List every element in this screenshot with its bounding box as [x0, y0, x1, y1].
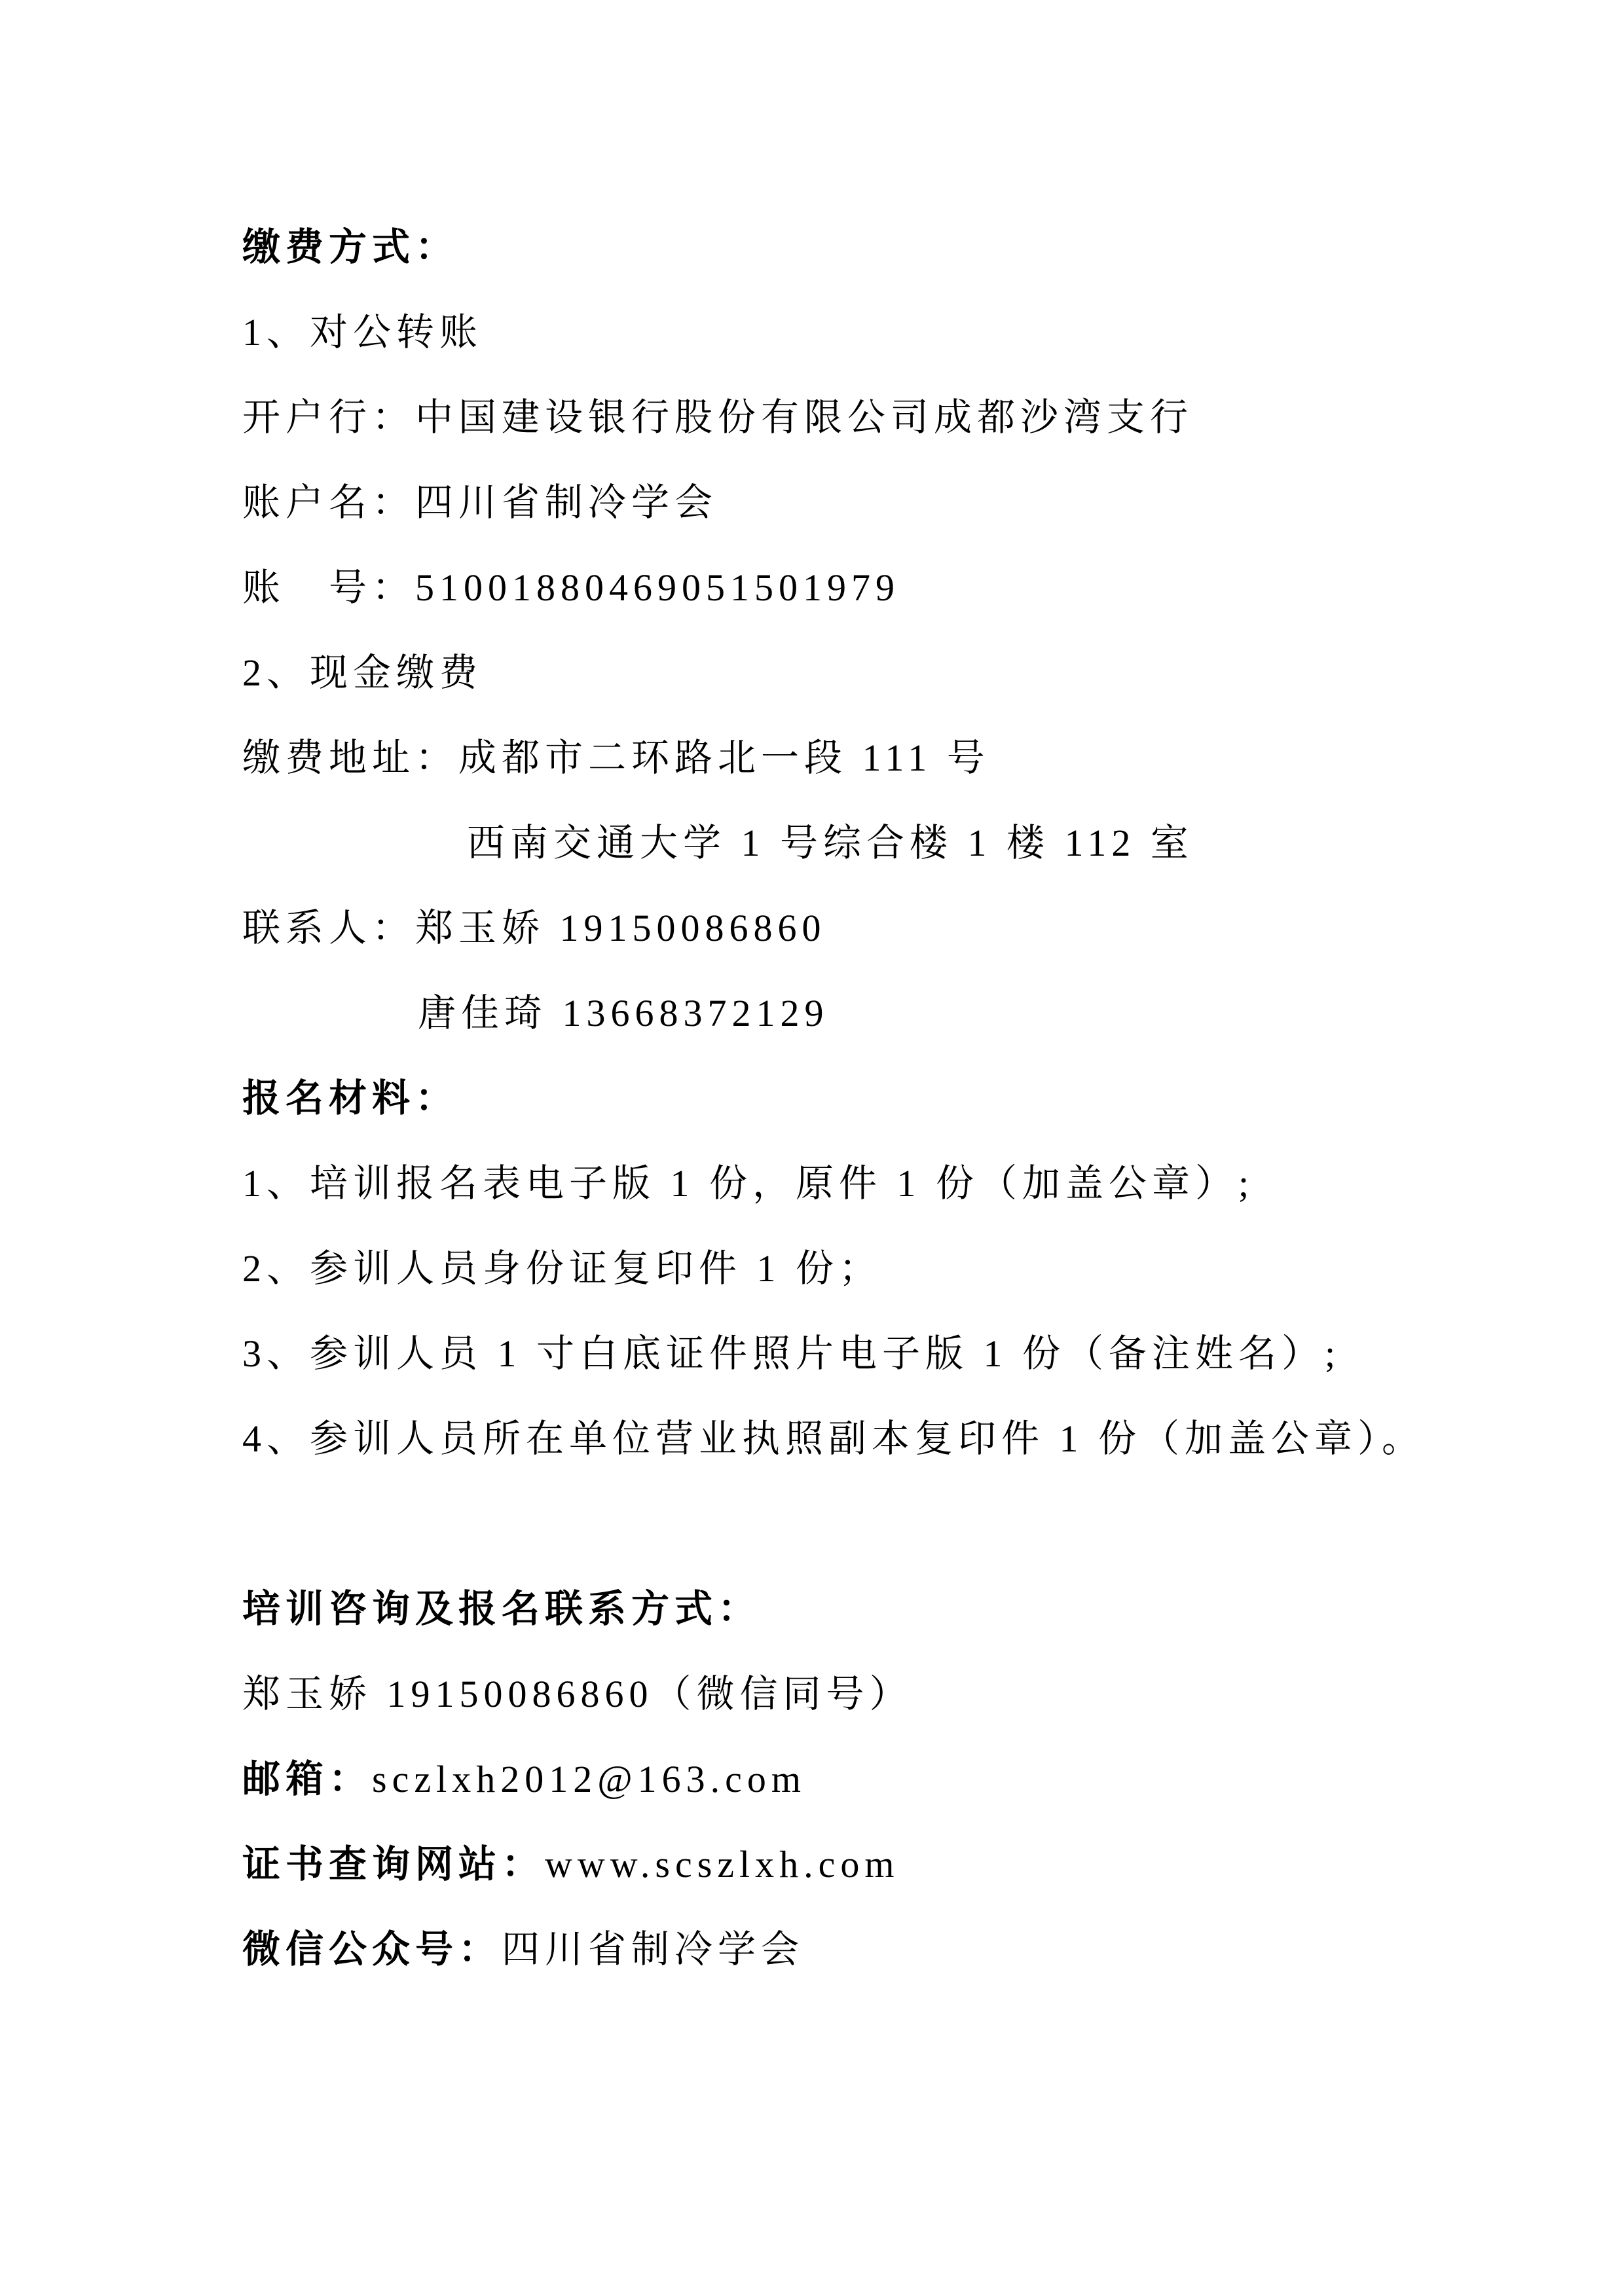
bank-name-line: 开户行：中国建设银行股份有限公司成都沙湾支行: [242, 375, 1441, 460]
cert-site-label: 证书查询网站：: [242, 1843, 545, 1886]
payment-method-1: 1、对公转账: [242, 290, 1441, 375]
materials-item-2: 2、参训人员身份证复印件 1 份；: [242, 1226, 1441, 1311]
wechat-value: 四川省制冷学会: [502, 1928, 804, 1971]
cert-site-value: www.scszlxh.com: [545, 1843, 900, 1886]
cert-site-line: 证书查询网站：www.scszlxh.com: [242, 1822, 1441, 1907]
payment-address-line-1: 缴费地址：成都市二环路北一段 111 号: [242, 716, 1441, 801]
payment-contact-line-2: 唐佳琦 13668372129: [242, 971, 1441, 1056]
account-name-line: 账户名：四川省制冷学会: [242, 460, 1441, 545]
payment-address-line-2: 西南交通大学 1 号综合楼 1 楼 112 室: [242, 801, 1441, 886]
email-value: sczlxh2012@163.com: [372, 1758, 806, 1800]
document-body: 缴费方式： 1、对公转账 开户行：中国建设银行股份有限公司成都沙湾支行 账户名：…: [242, 205, 1441, 1992]
wechat-line: 微信公众号：四川省制冷学会: [242, 1907, 1441, 1992]
materials-item-3: 3、参训人员 1 寸白底证件照片电子版 1 份（备注姓名）;: [242, 1311, 1441, 1396]
payment-method-2: 2、现金缴费: [242, 630, 1441, 716]
contact-person-line: 郑玉娇 19150086860（微信同号）: [242, 1652, 1441, 1737]
payment-contact-line-1: 联系人：郑玉娇 19150086860: [242, 886, 1441, 971]
materials-section-heading: 报名材料：: [242, 1056, 1441, 1141]
document-page: 缴费方式： 1、对公转账 开户行：中国建设银行股份有限公司成都沙湾支行 账户名：…: [0, 0, 1624, 2296]
contact-section-heading: 培训咨询及报名联系方式：: [242, 1567, 1441, 1652]
account-number-line: 账 号：51001880469051501979: [242, 545, 1441, 630]
email-label: 邮箱：: [242, 1758, 372, 1800]
wechat-label: 微信公众号：: [242, 1928, 502, 1971]
materials-item-1: 1、培训报名表电子版 1 份，原件 1 份（加盖公章）;: [242, 1141, 1441, 1226]
blank-line: [242, 1482, 1441, 1567]
materials-item-4: 4、参训人员所在单位营业执照副本复印件 1 份（加盖公章）。: [242, 1396, 1441, 1482]
payment-section-heading: 缴费方式：: [242, 205, 1441, 290]
email-line: 邮箱：sczlxh2012@163.com: [242, 1737, 1441, 1822]
